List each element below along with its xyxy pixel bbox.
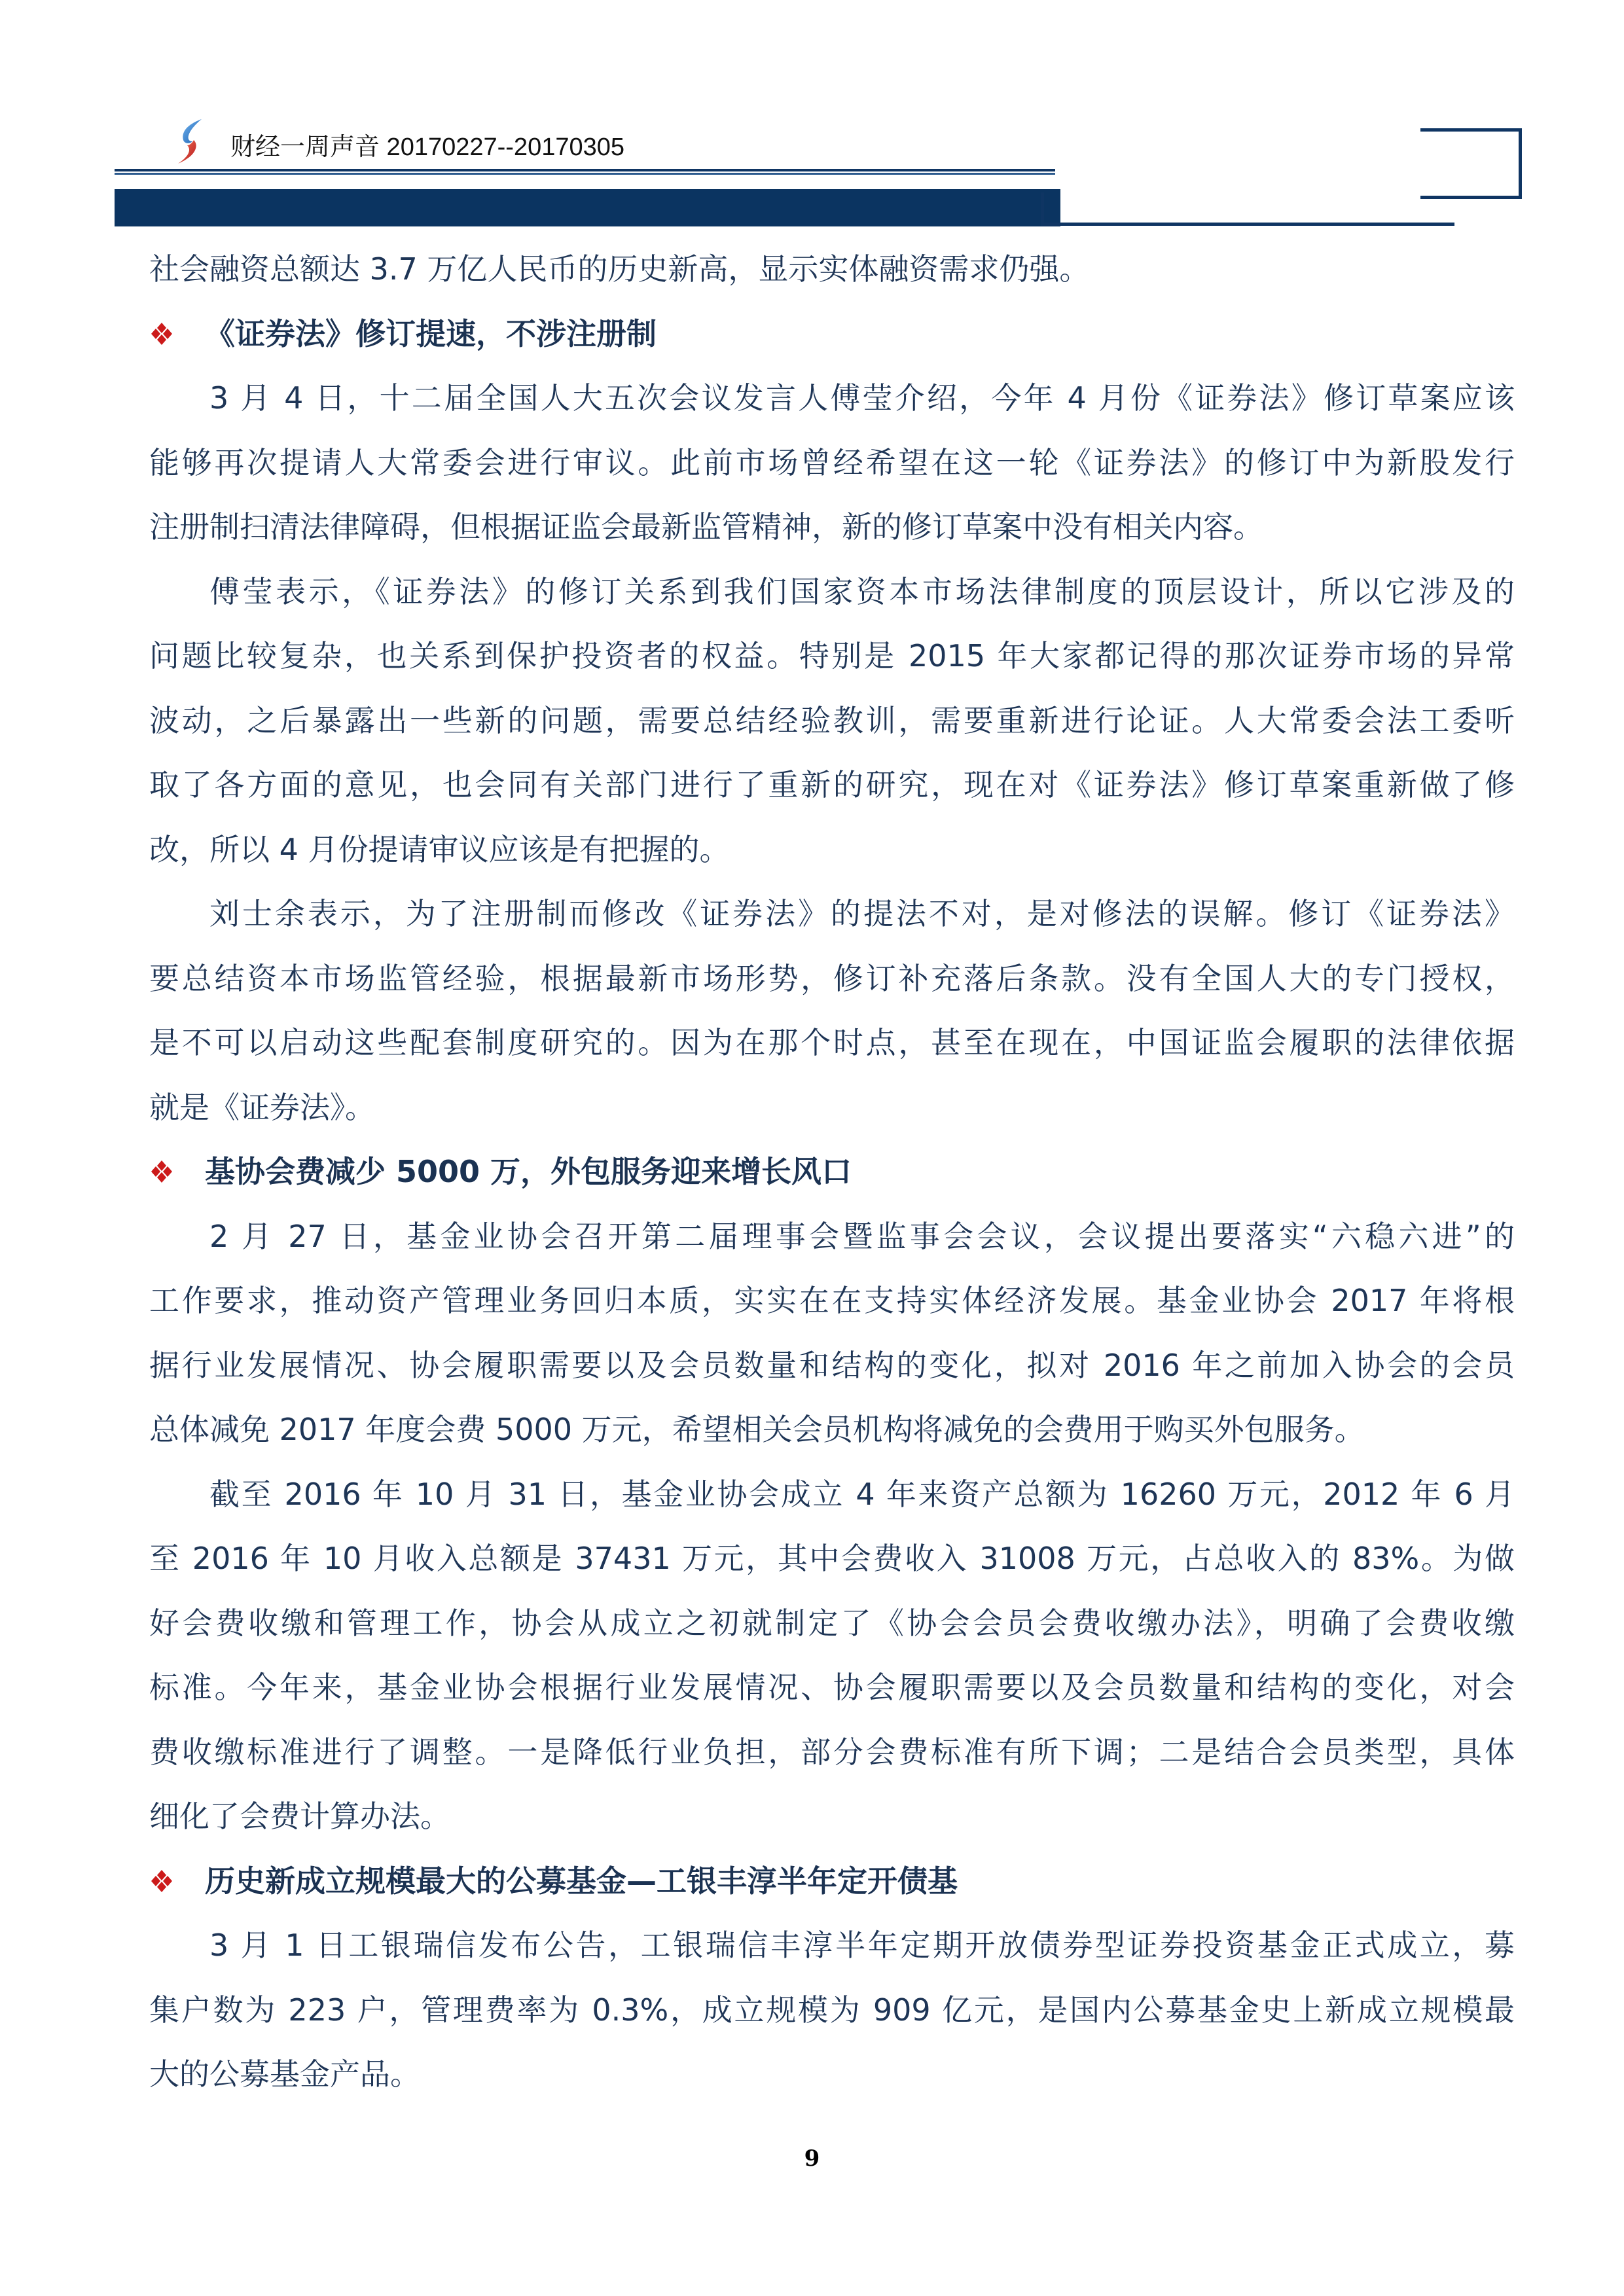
paragraph-line: 3 月 1 日工银瑞信发布公告，工银瑞信丰淳半年定期开放债券型证券投资基金正式成… — [149, 1913, 1515, 1978]
document-header-title: 财经一周声音 20170227--20170305 — [230, 131, 624, 164]
paragraph-line: 能够再次提请人大常委会进行审议。此前市场曾经希望在这一轮《证券法》的修订中为新股… — [149, 431, 1515, 495]
paragraph-line: 费收缴标准进行了调整。一是降低行业负担，部分会费标准有所下调；二是结合会员类型，… — [149, 1720, 1515, 1785]
paragraph-line: 要总结资本市场监管经验，根据最新市场形势，修订补充落后条款。没有全国人大的专门授… — [149, 946, 1515, 1011]
paragraph-line: 波动，之后暴露出一些新的问题，需要总结经验教训，需要重新进行论证。人大常委会法工… — [149, 689, 1515, 753]
header-decor-box-bottom — [1041, 192, 1454, 226]
paragraph-line: 取了各方面的意见，也会同有关部门进行了重新的研究，现在对《证券法》修订草案重新做… — [149, 753, 1515, 817]
paragraph-line: 3 月 4 日，十二届全国人大五次会议发言人傅莹介绍，今年 4 月份《证券法》修… — [149, 366, 1515, 431]
paragraph-line: 刘士余表示，为了注册制而修改《证券法》的提法不对，是对修法的误解。修订《证券法》 — [149, 882, 1515, 946]
paragraph-line: 就是《证券法》。 — [149, 1075, 1515, 1140]
paragraph-line: 至 2016 年 10 月收入总额是 37431 万元，其中会费收入 31008… — [149, 1526, 1515, 1591]
page-number: 9 — [0, 2145, 1624, 2172]
paragraph-line: 社会融资总额达 3.7 万亿人民币的历史新高，显示实体融资需求仍强。 — [149, 237, 1515, 302]
header-navy-bar — [115, 189, 1060, 226]
paragraph-line: 总体减免 2017 年度会费 5000 万元，希望相关会员机构将减免的会费用于购… — [149, 1397, 1515, 1462]
s-swoosh-logo-icon — [171, 118, 211, 165]
paragraph-line: 注册制扫清法律障碍，但根据证监会最新监管精神，新的修订草案中没有相关内容。 — [149, 495, 1515, 560]
red-diamond-bullet-icon — [151, 1870, 173, 1892]
section-heading-text: 基协会费减少 5000 万，外包服务迎来增长风口 — [205, 1154, 852, 1189]
article-body: 社会融资总额达 3.7 万亿人民币的历史新高，显示实体融资需求仍强。《证券法》修… — [149, 237, 1515, 2107]
paragraph-line: 大的公募基金产品。 — [149, 2042, 1515, 2107]
section-heading-text: 《证券法》修订提速，不涉注册制 — [205, 316, 657, 351]
paragraph-line: 截至 2016 年 10 月 31 日，基金业协会成立 4 年来资产总额为 16… — [149, 1462, 1515, 1527]
paragraph-line: 据行业发展情况、协会履职需要以及会员数量和结构的变化，拟对 2016 年之前加入… — [149, 1333, 1515, 1398]
header-double-rule — [115, 169, 1055, 175]
paragraph-line: 工作要求，推动资产管理业务回归本质，实实在在支持实体经济发展。基金业协会 201… — [149, 1268, 1515, 1333]
paragraph-line: 2 月 27 日，基金业协会召开第二届理事会暨监事会会议，会议提出要落实“六稳六… — [149, 1204, 1515, 1269]
section-heading-text: 历史新成立规模最大的公募基金—工银丰淳半年定开债基 — [205, 1863, 958, 1899]
paragraph-line: 集户数为 223 户，管理费率为 0.3%，成立规模为 909 亿元，是国内公募… — [149, 1978, 1515, 2043]
red-diamond-bullet-icon — [151, 1160, 173, 1183]
red-diamond-bullet-icon — [151, 323, 173, 345]
section-heading: 《证券法》修订提速，不涉注册制 — [149, 302, 1515, 367]
paragraph-line: 好会费收缴和管理工作，协会从成立之初就制定了《协会会员会费收缴办法》，明确了会费… — [149, 1591, 1515, 1656]
paragraph-line: 傅莹表示，《证券法》的修订关系到我们国家资本市场法律制度的顶层设计，所以它涉及的 — [149, 560, 1515, 624]
paragraph-line: 是不可以启动这些配套制度研究的。因为在那个时点，甚至在现在，中国证监会履职的法律… — [149, 1011, 1515, 1075]
paragraph-line: 问题比较复杂，也关系到保护投资者的权益。特别是 2015 年大家都记得的那次证券… — [149, 624, 1515, 689]
header-decor-box-top — [1420, 128, 1522, 199]
section-heading: 基协会费减少 5000 万，外包服务迎来增长风口 — [149, 1139, 1515, 1204]
paragraph-line: 标准。今年来，基金业协会根据行业发展情况、协会履职需要以及会员数量和结构的变化，… — [149, 1655, 1515, 1720]
section-heading: 历史新成立规模最大的公募基金—工银丰淳半年定开债基 — [149, 1849, 1515, 1914]
paragraph-line: 细化了会费计算办法。 — [149, 1784, 1515, 1849]
paragraph-line: 改，所以 4 月份提请审议应该是有把握的。 — [149, 817, 1515, 882]
